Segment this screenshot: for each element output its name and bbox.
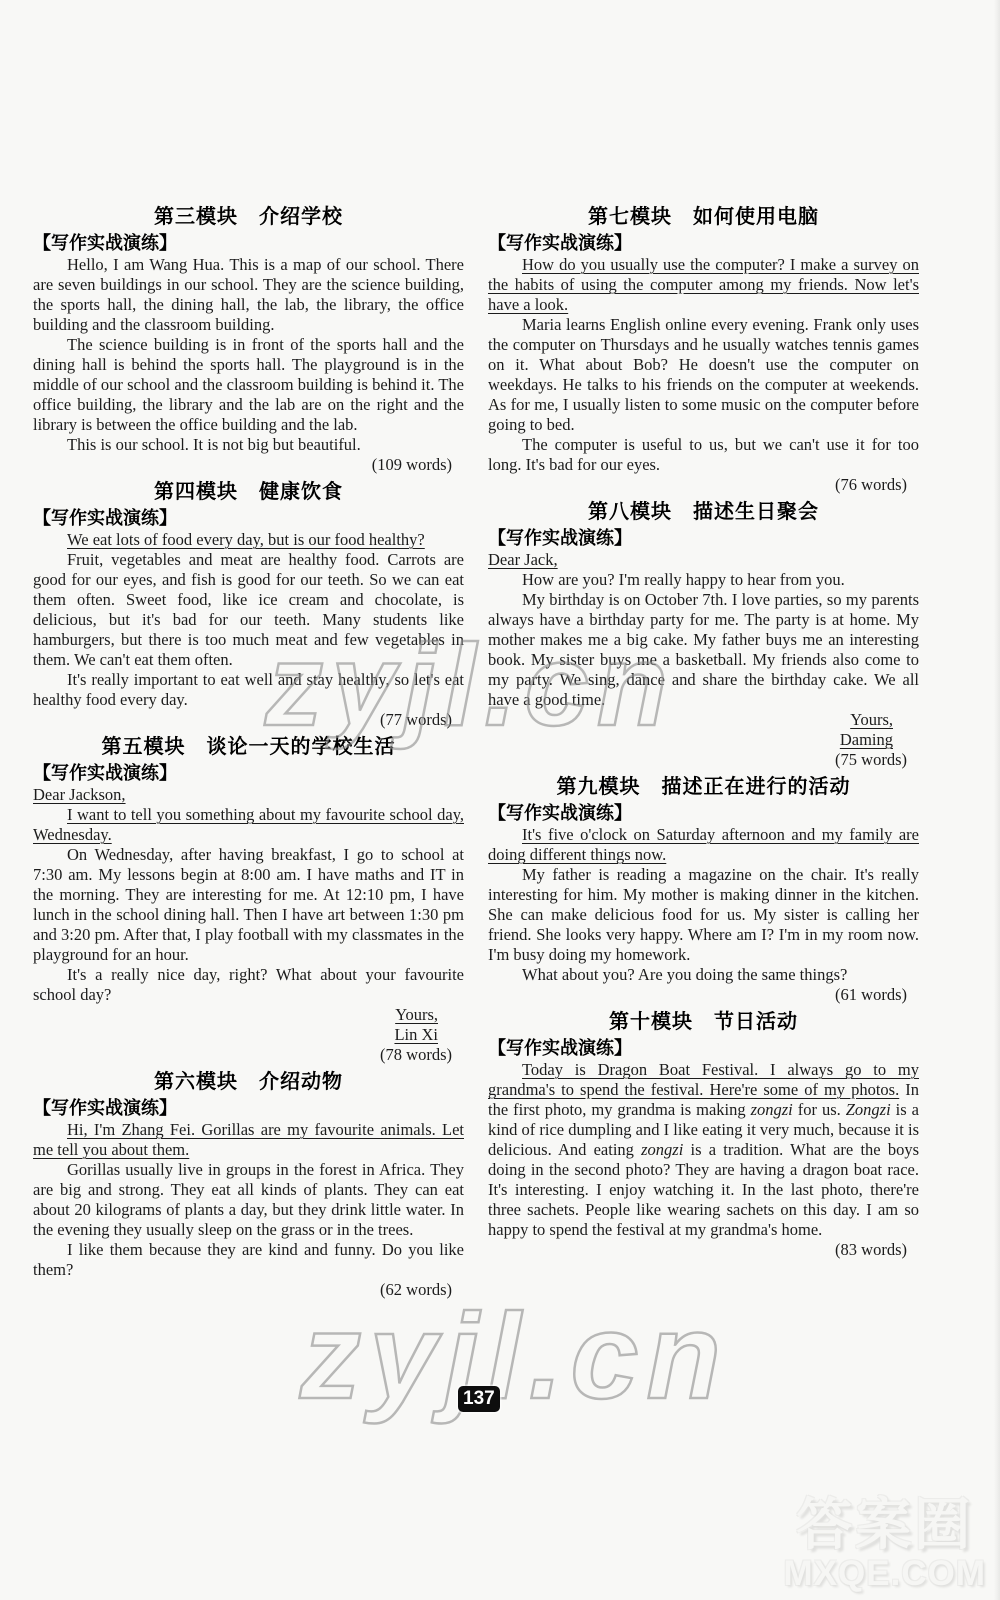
practice-tag: 【写作实战演练】 <box>488 802 919 825</box>
module-title: 第三模块 介绍学校 <box>33 205 464 229</box>
letter-salutation: Dear Jack, <box>488 550 919 570</box>
module-section: 第九模块 描述正在进行的活动【写作实战演练】It's five o'clock … <box>488 775 919 1005</box>
paragraph: Fruit, vegetables and meat are healthy f… <box>33 550 464 670</box>
text-run: (75 words) <box>835 750 907 769</box>
text-run: (61 words) <box>835 985 907 1004</box>
practice-tag: 【写作实战演练】 <box>33 507 464 530</box>
underlined-text: Yours, <box>850 710 893 729</box>
word-count: (77 words) <box>33 710 464 730</box>
text-run: (77 words) <box>380 710 452 729</box>
underlined-text: Dear Jack, <box>488 550 558 569</box>
paragraph: It's really important to eat well and st… <box>33 670 464 710</box>
text-run: (76 words) <box>835 475 907 494</box>
text-run: I like them because they are kind and fu… <box>33 1240 464 1279</box>
module-section: 第三模块 介绍学校【写作实战演练】Hello, I am Wang Hua. T… <box>33 205 464 475</box>
paragraph: On Wednesday, after having breakfast, I … <box>33 845 464 965</box>
letter-closing: Daming <box>488 730 919 750</box>
paragraph: Gorillas usually live in groups in the f… <box>33 1160 464 1240</box>
text-run: On Wednesday, after having breakfast, I … <box>33 845 464 964</box>
practice-tag: 【写作实战演练】 <box>488 232 919 255</box>
paragraph: How do you usually use the computer? I m… <box>488 255 919 315</box>
text-run: Fruit, vegetables and meat are healthy f… <box>33 550 464 669</box>
paragraph: It's a really nice day, right? What abou… <box>33 965 464 1005</box>
module-title: 第八模块 描述生日聚会 <box>488 500 919 524</box>
text-run: This is our school. It is not big but be… <box>67 435 361 454</box>
practice-tag: 【写作实战演练】 <box>33 1097 464 1120</box>
text-run: (78 words) <box>380 1045 452 1064</box>
underlined-text: I want to tell you something about my fa… <box>33 805 464 844</box>
module-section: 第七模块 如何使用电脑【写作实战演练】How do you usually us… <box>488 205 919 495</box>
paragraph: This is our school. It is not big but be… <box>33 435 464 455</box>
practice-tag: 【写作实战演练】 <box>33 762 464 785</box>
module-title: 第五模块 谈论一天的学校生活 <box>33 735 464 759</box>
underlined-text: Today is Dragon Boat Festival. I always … <box>488 1060 919 1099</box>
paragraph: I want to tell you something about my fa… <box>33 805 464 845</box>
underlined-text: Yours, <box>395 1005 438 1024</box>
text-run: My birthday is on October 7th. I love pa… <box>488 590 919 709</box>
module-title: 第九模块 描述正在进行的活动 <box>488 775 919 799</box>
paragraph: Maria learns English online every evenin… <box>488 315 919 435</box>
paragraph: I like them because they are kind and fu… <box>33 1240 464 1280</box>
word-count: (76 words) <box>488 475 919 495</box>
module-title: 第四模块 健康饮食 <box>33 480 464 504</box>
page-content: 第三模块 介绍学校【写作实战演练】Hello, I am Wang Hua. T… <box>33 200 919 1305</box>
practice-tag: 【写作实战演练】 <box>488 1037 919 1060</box>
answer-site-name: 答案圈 <box>784 1496 986 1554</box>
module-section: 第四模块 健康饮食【写作实战演练】We eat lots of food eve… <box>33 480 464 730</box>
letter-closing: Yours, <box>488 710 919 730</box>
paragraph: Today is Dragon Boat Festival. I always … <box>488 1060 919 1240</box>
text-run: (109 words) <box>372 455 452 474</box>
text-run: (62 words) <box>380 1280 452 1299</box>
paragraph: Hi, I'm Zhang Fei. Gorillas are my favou… <box>33 1120 464 1160</box>
underlined-text: We eat lots of food every day, but is ou… <box>67 530 425 549</box>
practice-tag: 【写作实战演练】 <box>488 527 919 550</box>
text-run: What about you? Are you doing the same t… <box>522 965 847 984</box>
text-run: It's a really nice day, right? What abou… <box>33 965 464 1004</box>
module-title: 第十模块 节日活动 <box>488 1010 919 1034</box>
paragraph: The science building is in front of the … <box>33 335 464 435</box>
answer-site-domain: MXQE.COM <box>784 1554 986 1594</box>
paragraph: The computer is useful to us, but we can… <box>488 435 919 475</box>
module-section: 第五模块 谈论一天的学校生活【写作实战演练】Dear Jackson,I wan… <box>33 735 464 1065</box>
underlined-text: How do you usually use the computer? I m… <box>488 255 919 314</box>
text-run: Hello, I am Wang Hua. This is a map of o… <box>33 255 464 334</box>
word-count: (109 words) <box>33 455 464 475</box>
module-title: 第六模块 介绍动物 <box>33 1070 464 1094</box>
italic-text: zongzi <box>641 1140 683 1159</box>
scanned-workbook-page: 第三模块 介绍学校【写作实战演练】Hello, I am Wang Hua. T… <box>0 0 1000 1600</box>
paragraph: It's five o'clock on Saturday afternoon … <box>488 825 919 865</box>
italic-text: Zongzi <box>846 1100 891 1119</box>
word-count: (61 words) <box>488 985 919 1005</box>
text-run: It's really important to eat well and st… <box>33 670 464 709</box>
italic-text: zongzi <box>751 1100 793 1119</box>
underlined-text: Dear Jackson, <box>33 785 126 804</box>
text-run: How are you? I'm really happy to hear fr… <box>522 570 845 589</box>
watermark-zyjl-lower: zyjl.cn <box>300 1286 729 1426</box>
underlined-text: Lin Xi <box>394 1025 438 1044</box>
underlined-text: Hi, I'm Zhang Fei. Gorillas are my favou… <box>33 1120 464 1159</box>
word-count: (62 words) <box>33 1280 464 1300</box>
paragraph: We eat lots of food every day, but is ou… <box>33 530 464 550</box>
paragraph: My father is reading a magazine on the c… <box>488 865 919 965</box>
paragraph: My birthday is on October 7th. I love pa… <box>488 590 919 710</box>
module-title: 第七模块 如何使用电脑 <box>488 205 919 229</box>
text-run: My father is reading a magazine on the c… <box>488 865 919 964</box>
text-run: (83 words) <box>835 1240 907 1259</box>
letter-closing: Lin Xi <box>33 1025 464 1045</box>
paragraph: How are you? I'm really happy to hear fr… <box>488 570 919 590</box>
word-count: (83 words) <box>488 1240 919 1260</box>
text-run: for us. <box>793 1100 846 1119</box>
letter-closing: Yours, <box>33 1005 464 1025</box>
word-count: (78 words) <box>33 1045 464 1065</box>
underlined-text: It's five o'clock on Saturday afternoon … <box>488 825 919 864</box>
text-run: Gorillas usually live in groups in the f… <box>33 1160 464 1239</box>
module-section: 第六模块 介绍动物【写作实战演练】Hi, I'm Zhang Fei. Gori… <box>33 1070 464 1300</box>
column: 第七模块 如何使用电脑【写作实战演练】How do you usually us… <box>488 200 919 1305</box>
answer-site-watermark: 答案圈 MXQE.COM <box>784 1496 986 1594</box>
module-section: 第八模块 描述生日聚会【写作实战演练】Dear Jack,How are you… <box>488 500 919 770</box>
paragraph: What about you? Are you doing the same t… <box>488 965 919 985</box>
column: 第三模块 介绍学校【写作实战演练】Hello, I am Wang Hua. T… <box>33 200 464 1305</box>
text-run: The science building is in front of the … <box>33 335 464 434</box>
practice-tag: 【写作实战演练】 <box>33 232 464 255</box>
paragraph: Hello, I am Wang Hua. This is a map of o… <box>33 255 464 335</box>
text-run: The computer is useful to us, but we can… <box>488 435 919 474</box>
underlined-text: Daming <box>840 730 893 749</box>
page-number-badge: 137 <box>458 1386 500 1412</box>
text-run: Maria learns English online every evenin… <box>488 315 919 434</box>
letter-salutation: Dear Jackson, <box>33 785 464 805</box>
module-section: 第十模块 节日活动【写作实战演练】Today is Dragon Boat Fe… <box>488 1010 919 1260</box>
word-count: (75 words) <box>488 750 919 770</box>
